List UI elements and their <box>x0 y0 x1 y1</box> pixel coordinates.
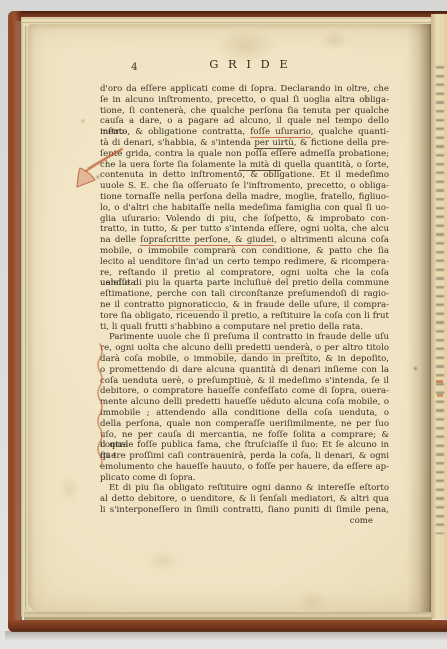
text-line: lo, o d'altri che habitaſſe nella medeſi… <box>100 203 389 214</box>
text-segment: o promettendo di dare alcuna quantità di… <box>100 365 389 375</box>
text-segment: mobile, o immobile comprarà con conditio… <box>100 246 389 256</box>
book-spine-edge-left <box>8 11 22 632</box>
text-segment: glia uſurario: Volendo di piu, che ſoſpe… <box>100 214 389 224</box>
reader-mark-underline: delli predetti uenderà <box>214 343 310 354</box>
text-segment: debitore, o compratore haueſſe confeſſat… <box>100 386 389 396</box>
text-segment: al detto debitore, o uenditore, & li ſen… <box>100 494 389 504</box>
running-title: G R I D E <box>150 57 350 71</box>
text-line: ti, li quali frutti s'habbino a computar… <box>100 322 389 333</box>
text-line: il quale foſſe publica fama, che ſtruſci… <box>100 440 389 451</box>
text-segment: d'oro da eſſere applicati come di ſopra.… <box>100 84 389 94</box>
book-drop-shadow <box>5 631 447 641</box>
paper-stain <box>148 550 178 572</box>
text-line: mente alcuno delli predetti haueſſe uẽdu… <box>100 397 389 408</box>
book-page: 4 G R I D E d'oro da eſſere applicati co… <box>28 24 431 612</box>
text-segment: lecito al uenditore ſin'ad un certo temp… <box>100 257 389 267</box>
text-line: re, reſtando il pretio al compratore, og… <box>100 268 389 279</box>
text-line: tratto, in tutto, & per tutto s'intenda … <box>100 224 389 235</box>
text-line: Parimente uuole che ſi preſuma il contra… <box>100 332 389 343</box>
text-segment: Et di piu ſia obligato reſtituire ogni d… <box>109 483 389 493</box>
text-segment: li s'interponeſſero in ſimili contratti,… <box>100 505 389 515</box>
text-line: d'oro da eſſere applicati come di ſopra.… <box>100 84 389 95</box>
text-segment: , & in fraude delle uſure, il compra- <box>226 300 389 310</box>
text-segment: ſe in alcuno inſtromento, precetto, o qu… <box>100 95 389 105</box>
text-line: tore ſia obligato, riceuendo il pretio, … <box>100 311 389 322</box>
text-line: emolumento che haueſſe hauuto, o foſſe p… <box>100 462 389 473</box>
text-segment: re, ogni uolta che alcuno <box>100 343 214 353</box>
text-segment: tore ſia obligato, riceuendo il pretio, … <box>100 311 389 321</box>
reader-mark-underline: ſopraſcritte perſone, & giudei <box>140 235 274 246</box>
text-segment: eſtimatione, perche con tali circonſtanz… <box>100 289 389 299</box>
foxing-spot <box>80 118 86 124</box>
text-line: na delle ſopraſcritte perſone, & giudei,… <box>100 235 389 246</box>
text-line: mobile, o immobile comprarà con conditio… <box>100 246 389 257</box>
facing-page-text-sliver <box>436 66 444 534</box>
text-segment: emolumento che haueſſe hauuto, o foſſe p… <box>100 462 389 472</box>
text-line: debitore, o compratore haueſſe confeſſat… <box>100 386 389 397</box>
catchword: come <box>100 516 389 527</box>
text-segment: contenuta in detto inſtromento, & obliga… <box>100 170 389 180</box>
text-segment: della perſona, quale non comperaſſe ueri… <box>100 419 389 429</box>
text-line: uuole S. E. che ſia oſſeruato ſe l'inſtr… <box>100 181 389 192</box>
text-line: Et di piu ſia obligato reſtituire ogni d… <box>100 483 389 494</box>
text-line: glia uſurario: Volendo di piu, che ſoſpe… <box>100 214 389 225</box>
text-segment: darà coſa mobile, o immobile, dando in p… <box>100 354 389 364</box>
reader-mark-underline: la mità di <box>239 160 281 171</box>
text-line: cauſa a dare, o a pagare ad alcuno, il q… <box>100 116 389 127</box>
text-segment: lo, o d'altri che habitaſſe nella medeſi… <box>100 203 389 213</box>
text-line: tione, ſi contenerà, che qualche perſona… <box>100 106 389 117</box>
text-segment: plicato come di ſopra. <box>100 473 196 483</box>
text-segment: tione tornaſſe nella perſona della madre… <box>100 192 389 202</box>
text-line: ſente grida, contra la quale non poſſa e… <box>100 149 389 160</box>
text-line: contenuta in detto inſtromento, & obliga… <box>100 170 389 181</box>
text-segment: coſa uenduta uerè, o preſumptiuè, & il m… <box>100 376 389 386</box>
text-segment: uuole S. E. che ſia oſſeruato ſe l'inſtr… <box>100 181 389 191</box>
red-margin-flourish-mark <box>72 144 124 190</box>
text-segment: tratto, in tutto, & per tutto s'intenda … <box>100 224 389 234</box>
facing-page-edge <box>431 14 447 619</box>
text-line: re, ogni uolta che alcuno delli predetti… <box>100 343 389 354</box>
text-block: d'oro da eſſere applicati come di ſopra.… <box>100 84 389 516</box>
text-segment: ſente grida, contra la quale non poſſa e… <box>100 149 389 159</box>
reader-mark-underline: per uirtù <box>254 138 293 149</box>
text-segment: Parimente uuole che ſi preſuma il contra… <box>109 332 389 342</box>
text-segment: , o per altro titolo <box>310 343 389 353</box>
paper-stain <box>320 30 348 50</box>
text-segment: ualeſſe di piu la quarta parte incluſiuè… <box>100 278 389 288</box>
text-line: uſo, ne per cauſa di mercantia, ne foſſe… <box>100 430 389 441</box>
text-segment: tione, ſi contenerà, che qualche perſona… <box>100 106 389 116</box>
text-line: ſe in alcuno inſtromento, precetto, o qu… <box>100 95 389 106</box>
text-line: ſti tre proſſimi caſi contrauenirà, perd… <box>100 451 389 462</box>
text-line: tà di denari, s'habbia, & s'intenda per … <box>100 138 389 149</box>
text-segment: , & fictione della pre- <box>294 138 389 148</box>
paper-stain <box>296 590 330 614</box>
text-line: lecito al uenditore ſin'ad un certo temp… <box>100 257 389 268</box>
text-line: ualeſſe di piu la quarta parte incluſiuè… <box>100 278 389 289</box>
text-segment: quella quantità, o ſorte, <box>281 160 389 170</box>
text-segment: , qualche quanti- <box>311 127 389 137</box>
text-line: plicato come di ſopra. <box>100 473 389 484</box>
text-line: ne il contratto pignoraticcio, & in frau… <box>100 300 389 311</box>
facing-page-red-mark <box>436 380 443 383</box>
text-segment: ſti tre proſſimi caſi contrauenirà, perd… <box>100 451 389 461</box>
text-line: o promettendo di dare alcuna quantità di… <box>100 365 389 376</box>
reader-mark-underline: foſſe uſurario <box>250 127 311 138</box>
page-number: 4 <box>131 61 138 73</box>
text-line: che la uera ſorte ſia ſolamente la mità … <box>100 160 389 171</box>
text-segment: na delle <box>100 235 140 245</box>
text-column: d'oro da eſſere applicati come di ſopra.… <box>100 84 389 527</box>
text-segment: immobile ; attendendo alla conditione de… <box>100 408 389 418</box>
paper-stain <box>58 476 80 502</box>
text-line: eſtimatione, perche con tali circonſtanz… <box>100 289 389 300</box>
text-segment: mente alcuno delli predetti haueſſe uẽdu… <box>100 397 389 407</box>
photo-backdrop: 4 G R I D E d'oro da eſſere applicati co… <box>0 0 447 649</box>
text-segment: mento, & obligatione contratta, <box>100 127 250 137</box>
text-line: tione tornaſſe nella perſona della madre… <box>100 192 389 203</box>
reader-mark-underline: pignoraticcio <box>168 300 225 311</box>
red-wavy-margin-line <box>94 342 106 468</box>
text-segment: , o altrimenti alcuna coſa <box>274 235 389 245</box>
text-line: coſa uenduta uerè, o preſumptiuè, & il m… <box>100 376 389 387</box>
page-gutter-shadow <box>407 24 431 612</box>
text-line: immobile ; attendendo alla conditione de… <box>100 408 389 419</box>
facing-page-red-mark <box>437 394 443 397</box>
text-line: al detto debitore, o uenditore, & li ſen… <box>100 494 389 505</box>
text-segment: ti, li quali frutti s'habbino a computar… <box>100 322 363 332</box>
text-line: della perſona, quale non comperaſſe ueri… <box>100 419 389 430</box>
text-segment: ne il contratto <box>100 300 168 310</box>
text-line: mento, & obligatione contratta, foſſe uſ… <box>100 127 389 138</box>
text-line: darà coſa mobile, o immobile, dando in p… <box>100 354 389 365</box>
text-line: li s'interponeſſero in ſimili contratti,… <box>100 505 389 516</box>
